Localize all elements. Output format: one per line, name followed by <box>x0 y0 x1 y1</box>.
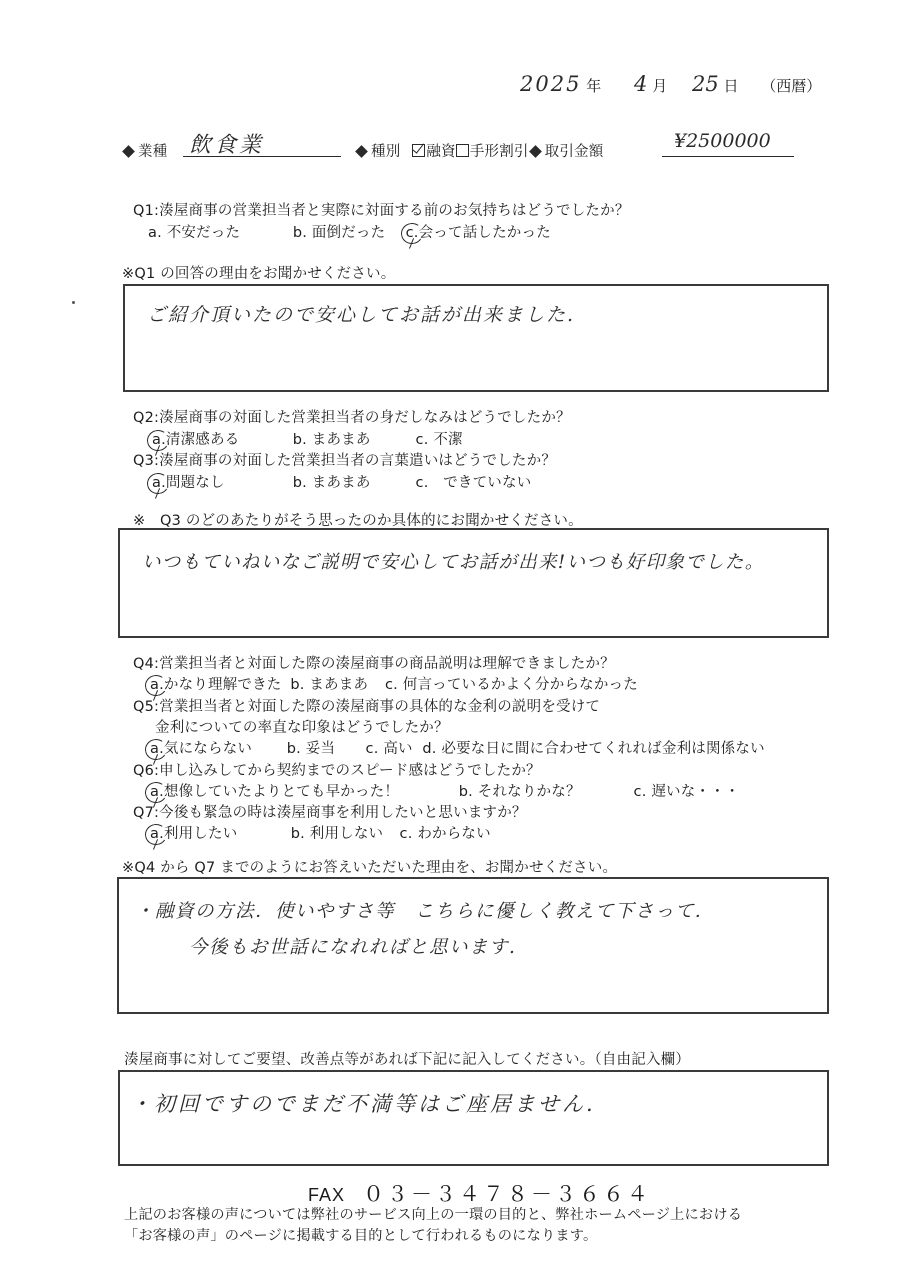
q3-question: Q3:湊屋商事の対面した営業担当者の言葉遣いはどうでしたか？ <box>133 449 556 470</box>
q2-option-b[interactable]: b. まあまあ <box>293 428 411 449</box>
date-month: 4 <box>634 72 647 96</box>
q1-reason-prompt: ※Q1 の回答の理由をお聞かせください。 <box>122 262 395 283</box>
q3-option-b[interactable]: b. まあまあ <box>293 471 411 492</box>
date-year: 2025 <box>520 72 581 96</box>
q1-option-c-marker[interactable]: c. <box>406 225 419 241</box>
q5-option-b[interactable]: b. 妥当 <box>287 737 361 758</box>
q3-option-a-marker[interactable]: a. <box>152 475 166 491</box>
q1-option-a[interactable]: a. 不安だった <box>148 221 288 242</box>
q7-option-a-marker[interactable]: a. <box>150 826 164 842</box>
q3-reason-box[interactable]: いつもていねいなご説明で安心してお話が出来!いつも好印象でした。 <box>118 528 829 638</box>
q7-option-c[interactable]: c. わからない <box>400 826 491 842</box>
q4-option-b[interactable]: b. まあまあ <box>290 677 368 693</box>
q6-options: a.想像していたよりとても早かった！ b. それなりかな？ c. 遅いな・・・ <box>150 780 740 801</box>
q2-options: a.清潔感ある b. まあまあ c. 不潔 <box>152 428 463 449</box>
q4-7-reason-prompt: ※Q4 から Q7 までのようにお答えいただいた理由を、お聞かせください。 <box>122 856 617 877</box>
q5-options: a.気にならない b. 妥当 c. 高い d. 必要な日に間に合わせてくれれば金… <box>150 737 765 758</box>
q3-reason-prompt: ※ Q3 のどのあたりがそう思ったのか具体的にお聞かせください。 <box>133 509 583 530</box>
q5-option-a-marker[interactable]: a. <box>150 741 164 757</box>
q6-option-a[interactable]: 想像していたよりとても早かった！ <box>164 780 454 801</box>
amount-value: ¥2500000 <box>674 130 771 152</box>
q7-option-a[interactable]: 利用したい <box>164 822 286 843</box>
q7-question: Q7:今後も緊急の時は湊屋商事を利用したいと思いますか？ <box>133 801 527 822</box>
type-group: 種別融資手形割引取引金額 <box>355 140 603 161</box>
q7-option-b[interactable]: b. 利用しない <box>291 822 395 843</box>
q2-option-a-marker[interactable]: a. <box>152 432 166 448</box>
q6-option-a-marker[interactable]: a. <box>150 784 164 800</box>
type-option-loan: 融資 <box>426 144 455 160</box>
q4-option-a[interactable]: かなり理解できた <box>164 677 282 693</box>
q6-option-c[interactable]: c. 遅いな・・・ <box>634 784 740 800</box>
q5-option-d[interactable]: d. 必要な日に間に合わせてくれれば金利は関係ない <box>422 741 764 757</box>
q4-option-a-marker[interactable]: a. <box>150 677 164 693</box>
date-year-label: 年 <box>586 77 601 95</box>
amount-field[interactable]: ¥2500000 <box>662 132 794 157</box>
header-row: 業種 <box>122 140 167 161</box>
q7-options: a.利用したい b. 利用しない c. わからない <box>150 822 491 843</box>
q6-question: Q6:申し込みしてから契約までのスピード感はどうでしたか？ <box>133 759 541 780</box>
diamond-bullet-icon <box>355 145 368 158</box>
notice-line1: 上記のお客様の声については弊社のサービス向上の一環の目的と、弊社ホームページ上に… <box>124 1204 742 1224</box>
q4-7-reason-answer-line1: ・融資の方法．使いやすさ等 こちらに優しく教えて下さって． <box>135 897 715 923</box>
q5-option-c[interactable]: c. 高い <box>366 737 418 758</box>
type-label: 種別 <box>371 144 400 160</box>
q5-question-line2: 金利についての率直な印象はどうでしたか？ <box>155 716 449 737</box>
q1-option-c[interactable]: 会って話したかった <box>419 225 551 241</box>
q6-option-b[interactable]: b. それなりかな？ <box>459 780 629 801</box>
scan-speck <box>72 301 75 304</box>
fax-label: FAX <box>308 1185 345 1205</box>
q1-options: a. 不安だった b. 面倒だった c.会って話したかった <box>148 221 551 242</box>
q4-question: Q4:営業担当者と対面した際の湊屋商事の商品説明は理解できましたか？ <box>133 652 615 673</box>
q2-question: Q2:湊屋商事の対面した営業担当者の身だしなみはどうでしたか？ <box>133 406 571 427</box>
q1-reason-answer: ご紹介頂いたので安心してお話が出来ました. <box>147 300 575 327</box>
industry-label: 業種 <box>138 144 167 160</box>
q4-option-c[interactable]: c. 何言っているかよく分からなかった <box>385 677 638 693</box>
diamond-bullet-icon <box>529 145 542 158</box>
free-comment-answer: ・初回ですのでまだ不満等はご座居ません. <box>130 1088 596 1118</box>
industry-field[interactable]: 飲食業 <box>183 132 341 157</box>
date-day-label: 日 <box>724 77 739 95</box>
industry-value: 飲食業 <box>189 128 264 159</box>
q3-option-a[interactable]: 問題なし <box>166 471 288 492</box>
q5-option-a[interactable]: 気にならない <box>164 737 282 758</box>
type-checkbox-loan[interactable] <box>412 144 425 157</box>
notice-line2: 「お客様の声」のページに掲載する目的として行われるものになります。 <box>124 1225 597 1245</box>
free-comment-box[interactable]: ・初回ですのでまだ不満等はご座居ません. <box>118 1070 829 1166</box>
q2-option-c[interactable]: c. 不潔 <box>416 432 463 448</box>
q1-reason-box[interactable]: ご紹介頂いたので安心してお話が出来ました. <box>123 284 829 392</box>
type-checkbox-discount[interactable] <box>456 144 469 157</box>
q1-question: Q1:湊屋商事の営業担当者と実際に対面する前のお気持ちはどうでしたか？ <box>133 199 630 220</box>
q4-7-reason-box[interactable]: ・融資の方法．使いやすさ等 こちらに優しく教えて下さって． 今後もお世話になれれ… <box>117 877 829 1014</box>
type-option-discount: 手形割引 <box>470 144 529 160</box>
date-era: （西暦） <box>761 77 821 95</box>
date-row: 2025 年 4 月 25 日 （西暦） <box>520 72 821 96</box>
q3-options: a.問題なし b. まあまあ c. できていない <box>152 471 531 492</box>
fax-number: ０３－３４７８－３６６４ <box>363 1183 651 1206</box>
q3-reason-answer: いつもていねいなご説明で安心してお話が出来!いつも好印象でした。 <box>142 548 765 574</box>
q3-option-c[interactable]: c. できていない <box>416 475 532 491</box>
q4-options: a.かなり理解できた b. まあまあ c. 何言っているかよく分からなかった <box>150 673 638 694</box>
q5-question-line1: Q5:営業担当者と対面した際の湊屋商事の具体的な金利の説明を受けて <box>133 695 600 716</box>
diamond-bullet-icon <box>122 145 135 158</box>
q2-option-a[interactable]: 清潔感ある <box>166 428 288 449</box>
date-month-label: 月 <box>652 77 667 95</box>
amount-label: 取引金額 <box>545 144 604 160</box>
date-day: 25 <box>692 72 719 96</box>
q1-option-b[interactable]: b. 面倒だった <box>293 221 401 242</box>
q4-7-reason-answer-line2: 今後もお世話になれればと思います. <box>189 933 516 959</box>
free-comment-prompt: 湊屋商事に対してご要望、改善点等があれば下記に記入してください。（自由記入欄） <box>124 1048 690 1069</box>
